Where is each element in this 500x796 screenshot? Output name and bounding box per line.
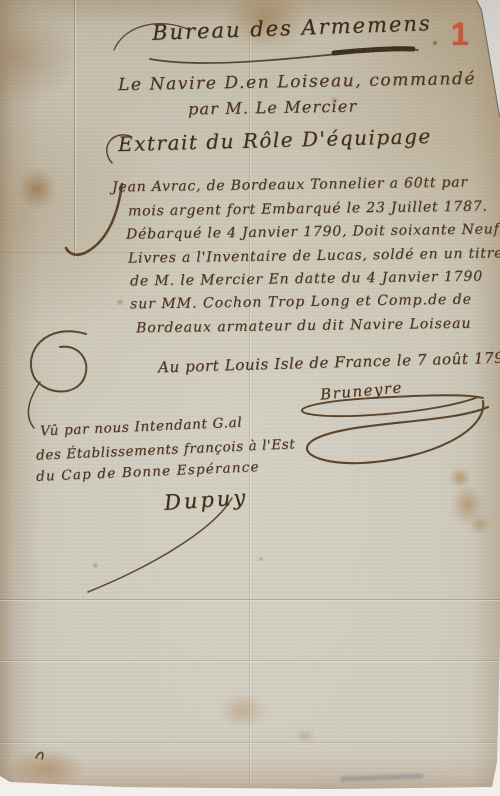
- section-heading: Extrait du Rôle D'équipage: [118, 124, 432, 156]
- document-title: Bureau des Armemens: [152, 11, 432, 45]
- stain: [10, 748, 84, 790]
- stain: [258, 556, 264, 562]
- paper-texture: [0, 0, 500, 792]
- ink-mark: [36, 752, 43, 759]
- crease-horizontal: [0, 660, 500, 661]
- title-underline-flourish: [150, 50, 418, 63]
- paper-edge-shadow: [477, 0, 500, 116]
- stain: [18, 168, 56, 210]
- stain: [445, 462, 495, 540]
- stain: [92, 562, 99, 569]
- dateline: Au port Louis Isle de France le 7 août 1…: [158, 348, 500, 377]
- crease-horizontal: [0, 742, 500, 743]
- manuscript-page: Bureau des Armemens Le Navire D.en Loise…: [0, 0, 500, 792]
- stain: [292, 726, 318, 746]
- signature: Bruneyre: [319, 378, 403, 403]
- stain: [212, 688, 274, 734]
- body-line: Jean Avrac, de Bordeaux Tonnelier a 60tt…: [112, 175, 468, 196]
- endorsement-line: Vû par nous Intendant G.al: [40, 415, 243, 440]
- body-line: Livres a l'Inventaire de Lucas, soldé en…: [128, 245, 500, 266]
- body-line: sur MM. Cochon Trop Long et Comp.de de: [130, 292, 472, 313]
- crease-horizontal: [0, 599, 500, 600]
- body-line: de M. le Mercier En datte du 4 Janvier 1…: [130, 269, 483, 290]
- body-line: mois argent fort Embarqué le 23 Juillet …: [128, 198, 488, 219]
- dupuy-tail-flourish: [88, 498, 232, 592]
- stain: [116, 298, 124, 306]
- pencil-smudge: [340, 774, 424, 782]
- page-number: 1: [451, 16, 469, 53]
- endorsement-line: du Cap de Bonne Espérance: [36, 459, 260, 485]
- ship-line-2: par M. Le Mercier: [188, 97, 358, 119]
- body-line: Débarqué le 4 Janvier 1790, Doit soixant…: [126, 221, 500, 242]
- signature-paraph-lower: [307, 401, 488, 463]
- photo-background: Bureau des Armemens Le Navire D.en Loise…: [0, 0, 500, 796]
- endorsement-signature: Dupuy: [163, 485, 249, 515]
- stain: [432, 40, 438, 46]
- ship-line: Le Navire D.en Loiseau, commandé: [118, 69, 476, 95]
- ink-flourishes: [0, 0, 500, 796]
- title-underline-thick: [334, 49, 413, 53]
- vu-paraph: [31, 331, 86, 391]
- body-line: Bordeaux armateur du dit Navire Loiseau: [136, 316, 472, 337]
- vu-paraph-tail: [28, 382, 40, 428]
- crease-vertical: [74, 0, 75, 258]
